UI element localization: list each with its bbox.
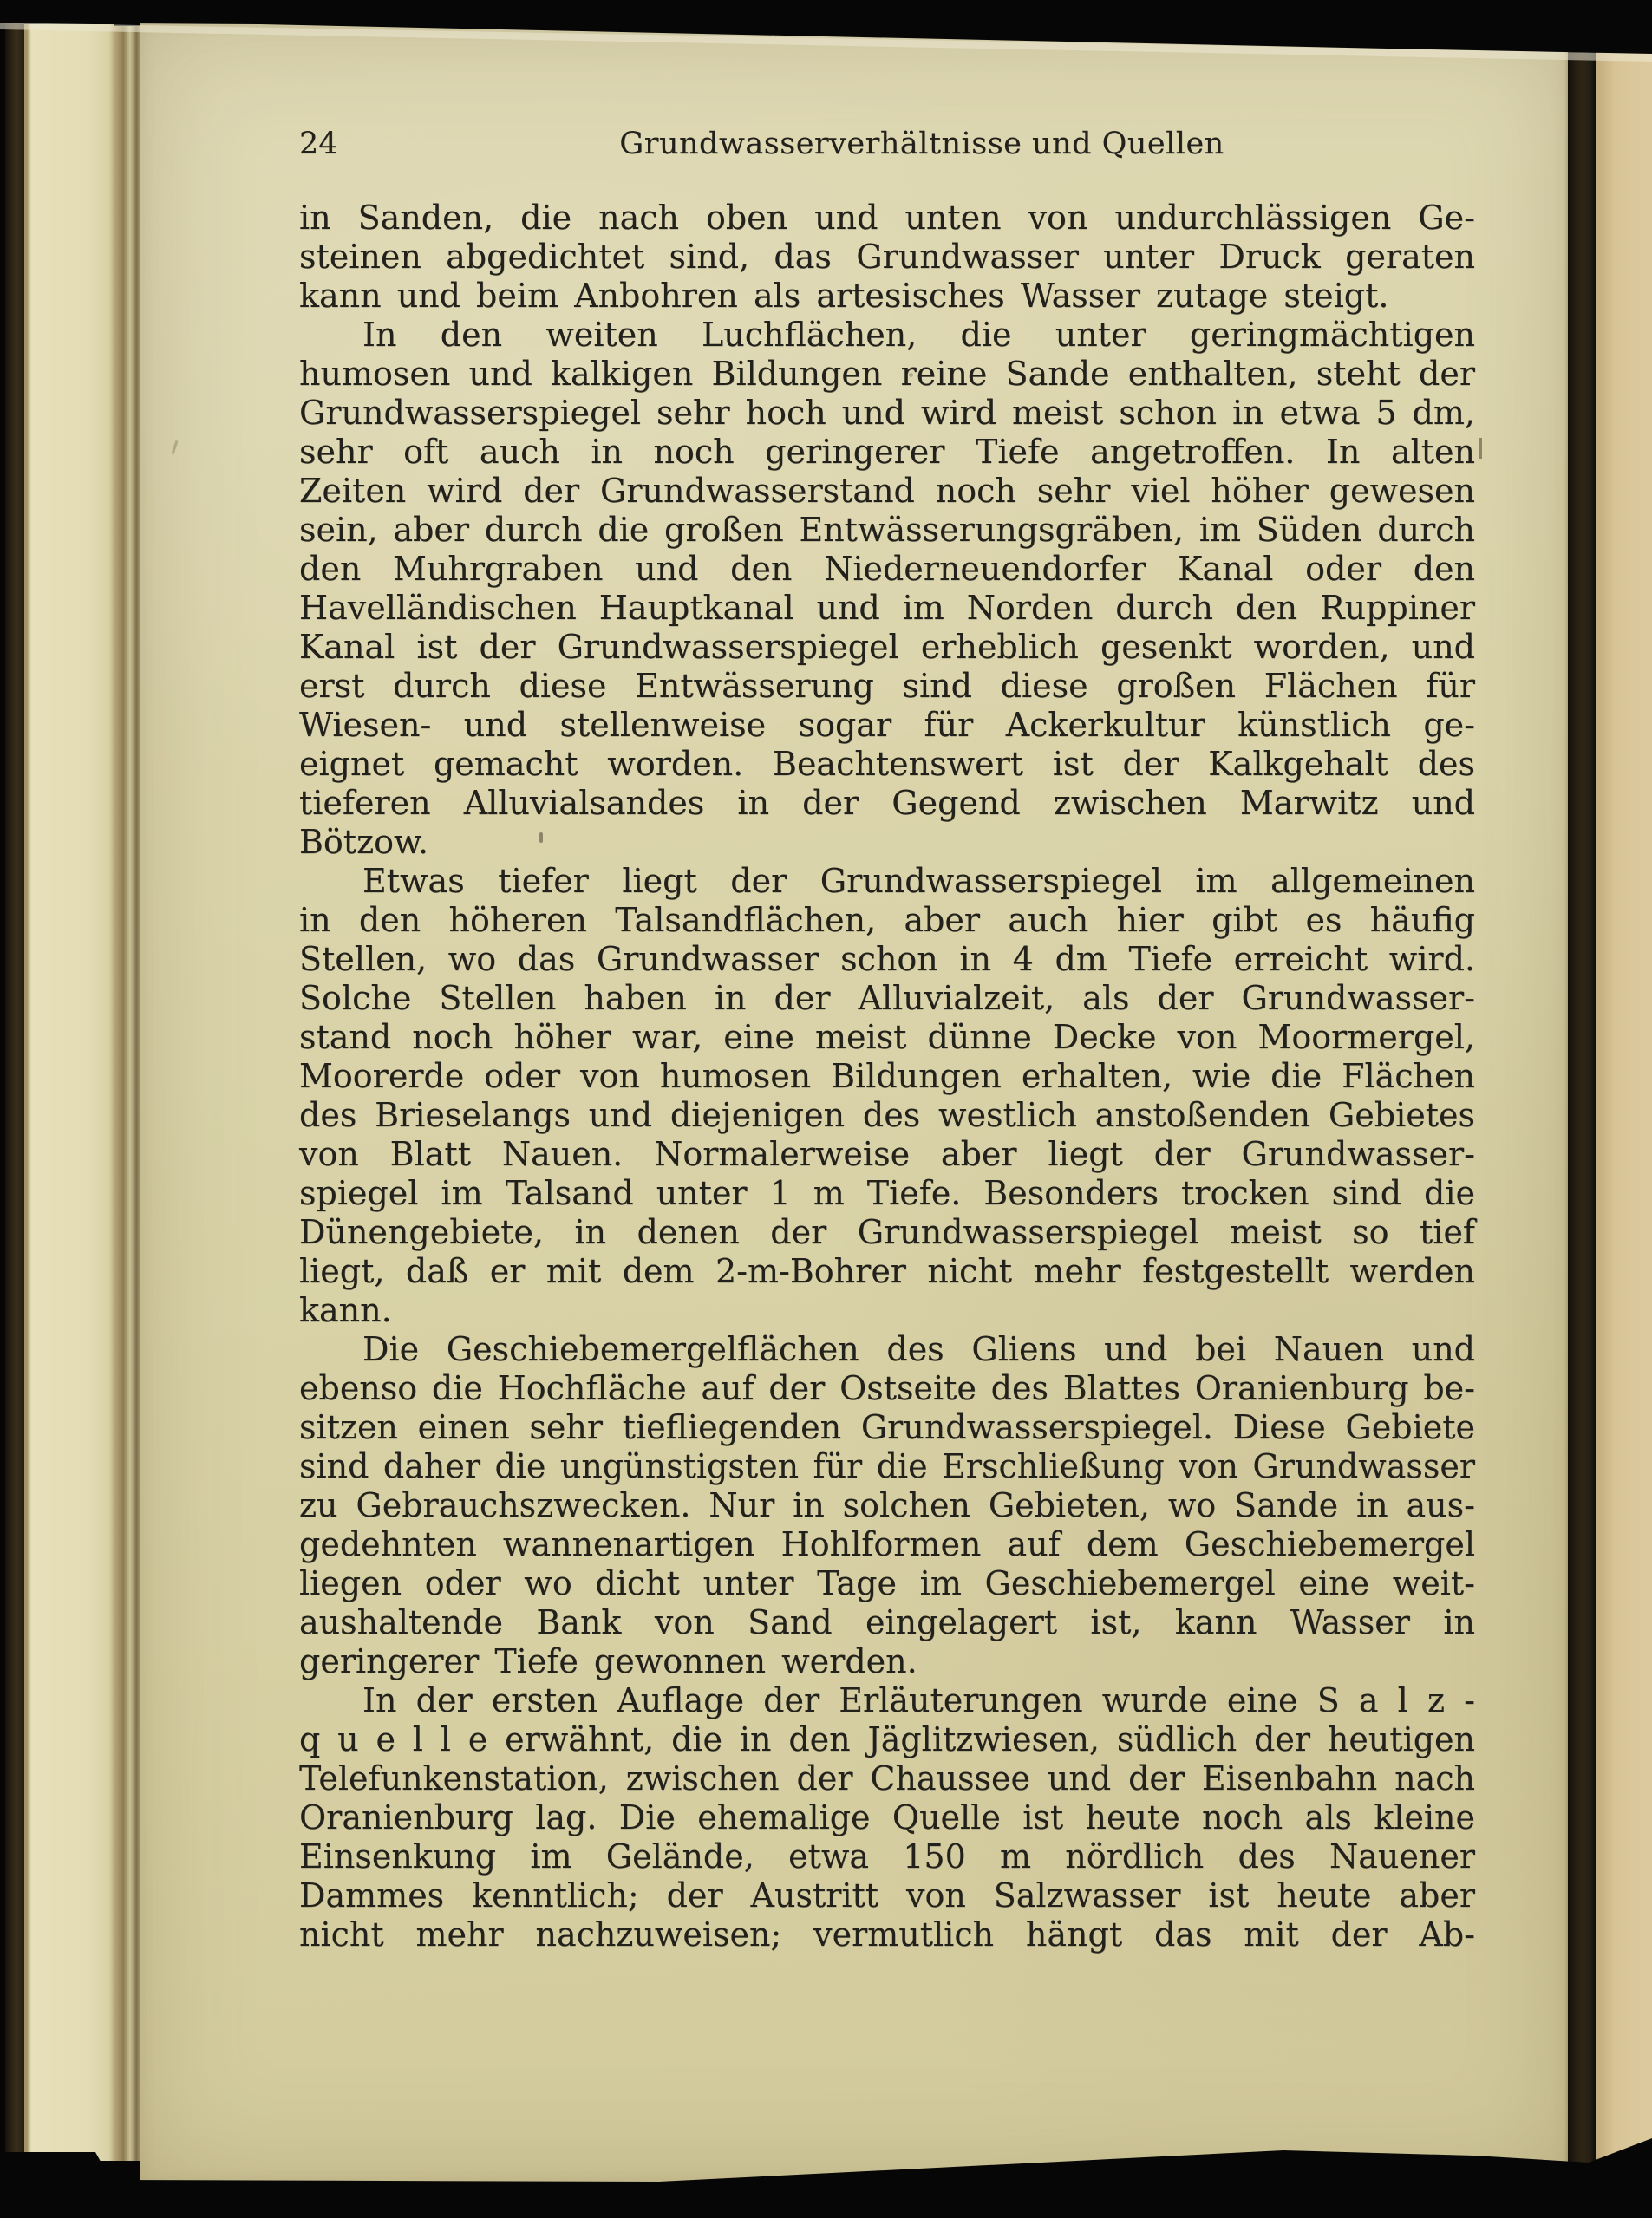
left-cover-edge <box>5 21 24 2159</box>
left-page-crease <box>114 26 140 2161</box>
paragraph: in Sanden, die nach oben und unten von u… <box>299 199 1475 316</box>
text-line: Wiesen- und stellenweise sogar für Acker… <box>299 706 1475 745</box>
text-line: in den höheren Talsandflächen, aber auch… <box>299 901 1475 940</box>
text-block: in Sanden, die nach oben und unten von u… <box>299 199 1475 1954</box>
text-line: Havelländischen Hauptkanal und im Norden… <box>299 589 1475 628</box>
paragraph: Die Geschiebemergelflächen des Gliens un… <box>299 1330 1475 1681</box>
text-line: Die Geschiebemergelflächen des Gliens un… <box>299 1330 1475 1369</box>
text-line: nicht mehr nachzuweisen; vermutlich häng… <box>299 1915 1475 1954</box>
book-scan: 24 Grundwasserverhältnisse und Quellen i… <box>0 0 1652 2218</box>
text-line: In den weiten Luchflächen, die unter ger… <box>299 316 1475 355</box>
text-line: tieferen Alluvialsandes in der Gegend zw… <box>299 784 1475 823</box>
text-line: Dünengebiete, in denen der Grundwassersp… <box>299 1213 1475 1252</box>
text-line: stand noch höher war, eine meist dünne D… <box>299 1018 1475 1057</box>
text-line: liegen oder wo dicht unter Tage im Gesch… <box>299 1564 1475 1603</box>
text-line: humosen und kalkigen Bildungen reine San… <box>299 355 1475 394</box>
text-line: Oranienburg lag. Die ehemalige Quelle is… <box>299 1798 1475 1837</box>
text-line: Solche Stellen haben in der Alluvialzeit… <box>299 979 1475 1018</box>
paragraph: In den weiten Luchflächen, die unter ger… <box>299 316 1475 862</box>
text-line: liegt, daß er mit dem 2-m-Bohrer nicht m… <box>299 1252 1475 1291</box>
text-line: in Sanden, die nach oben und unten von u… <box>299 199 1475 238</box>
page-number: 24 <box>299 123 338 165</box>
facing-page-edge <box>1596 35 1652 2169</box>
text-line: Zeiten wird der Grundwasserstand noch se… <box>299 472 1475 511</box>
text-line: sein, aber durch die großen Entwässerung… <box>299 511 1475 550</box>
text-line: sehr oft auch in noch geringerer Tiefe a… <box>299 433 1475 472</box>
text-line: Bötzow. <box>299 823 1475 862</box>
text-line: sitzen einen sehr tiefliegenden Grundwas… <box>299 1408 1475 1447</box>
paragraph: Etwas tiefer liegt der Grundwasserspiege… <box>299 862 1475 1330</box>
text-line: eignet gemacht worden. Beachtenswert ist… <box>299 745 1475 784</box>
paragraph: In der ersten Auflage der Erläuterungen … <box>299 1681 1475 1954</box>
page-header: 24 Grundwasserverhältnisse und Quellen <box>299 123 1475 165</box>
text-line: Dammes kenntlich; der Austritt von Salzw… <box>299 1876 1475 1915</box>
text-line: Kanal ist der Grundwasserspiegel erhebli… <box>299 628 1475 667</box>
text-line: kann und beim Anbohren als artesisches W… <box>299 277 1475 316</box>
gutter-shadow <box>1564 31 1597 2169</box>
text-line: ebenso die Hochfläche auf der Ostseite d… <box>299 1369 1475 1408</box>
text-line: den Muhrgraben und den Niederneuendorfer… <box>299 550 1475 589</box>
text-line: In der ersten Auflage der Erläuterungen … <box>299 1681 1475 1720</box>
text-line: kann. <box>299 1291 1475 1330</box>
text-line: spiegel im Talsand unter 1 m Tiefe. Beso… <box>299 1174 1475 1213</box>
text-line: Etwas tiefer liegt der Grundwasserspiege… <box>299 862 1475 901</box>
text-line: Einsenkung im Gelände, etwa 150 m nördli… <box>299 1837 1475 1876</box>
text-line: geringerer Tiefe gewonnen werden. <box>299 1642 1475 1681</box>
text-line: erst durch diese Entwässerung sind diese… <box>299 667 1475 706</box>
text-line: aushaltende Bank von Sand eingelagert is… <box>299 1603 1475 1642</box>
text-line: zu Gebrauchszwecken. Nur in solchen Gebi… <box>299 1486 1475 1525</box>
scan-artifact <box>1479 438 1482 459</box>
running-header: Grundwasserverhältnisse und Quellen <box>299 123 1475 165</box>
text-line: von Blatt Nauen. Normalerweise aber lieg… <box>299 1135 1475 1174</box>
text-line: gedehnten wannenartigen Hohlformen auf d… <box>299 1525 1475 1564</box>
text-line: Telefunkenstation, zwischen der Chaussee… <box>299 1759 1475 1798</box>
text-line: Grundwasserspiegel sehr hoch und wird me… <box>299 394 1475 433</box>
left-page-edges <box>24 24 114 2161</box>
text-line: q u e l l e erwähnt, die in den Jäglitzw… <box>299 1720 1475 1759</box>
text-line: des Brieselangs und diejenigen des westl… <box>299 1096 1475 1135</box>
text-line: sind daher die ungünstigsten für die Ers… <box>299 1447 1475 1486</box>
text-line: steinen abgedichtet sind, das Grundwasse… <box>299 238 1475 277</box>
text-line: Stellen, wo das Grundwasser schon in 4 d… <box>299 940 1475 979</box>
text-line: Moorerde oder von humosen Bildungen erha… <box>299 1057 1475 1096</box>
